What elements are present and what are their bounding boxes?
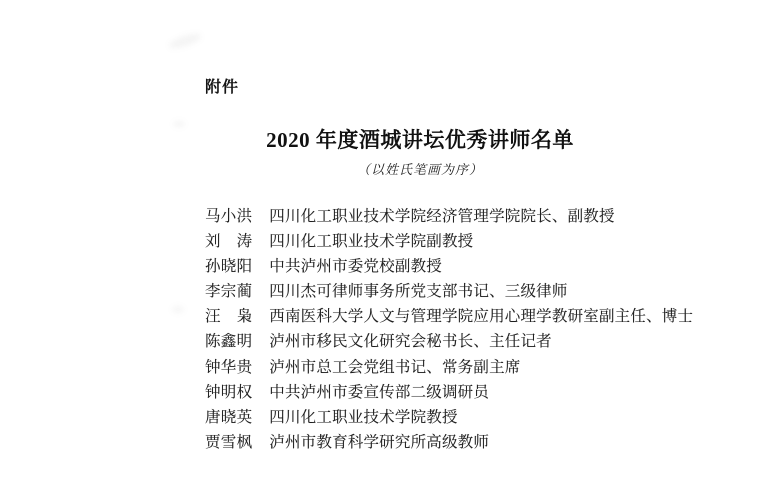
lecturer-name: 刘 涛 xyxy=(205,229,252,254)
lecturer-title: 中共泸州市委宣传部二级调研员 xyxy=(269,384,489,401)
lecturer-name: 汪 枭 xyxy=(205,304,252,329)
lecturer-name: 贾雪枫 xyxy=(205,430,252,455)
lecturer-name: 钟明权 xyxy=(205,380,252,405)
lecturer-row: 贾雪枫 泸州市教育科学研究所高级教师 xyxy=(205,430,693,455)
lecturer-row: 唐晓英 四川化工职业技术学院教授 xyxy=(205,405,693,430)
lecturer-name: 马小洪 xyxy=(205,204,252,229)
lecturer-title: 西南医科大学人文与管理学院应用心理学教研室副主任、博士 xyxy=(269,308,693,325)
scan-smudge xyxy=(173,121,185,127)
lecturer-title: 四川化工职业技术学院副教授 xyxy=(269,233,473,250)
lecturer-name: 孙晓阳 xyxy=(205,254,252,279)
lecturer-title: 四川化工职业技术学院教授 xyxy=(269,409,457,426)
lecturer-row: 汪 枭 西南医科大学人文与管理学院应用心理学教研室副主任、博士 xyxy=(205,304,693,329)
attachment-label: 附件 xyxy=(205,74,239,97)
lecturer-list: 马小洪 四川化工职业技术学院经济管理学院院长、副教授 刘 涛 四川化工职业技术学… xyxy=(205,204,693,455)
lecturer-row: 钟华贵 泸州市总工会党组书记、常务副主席 xyxy=(205,355,693,380)
lecturer-title: 四川化工职业技术学院经济管理学院院长、副教授 xyxy=(269,208,614,225)
lecturer-name: 唐晓英 xyxy=(205,405,252,430)
lecturer-name: 陈鑫明 xyxy=(205,329,252,354)
lecturer-row: 李宗蔺 四川杰可律师事务所党支部书记、三级律师 xyxy=(205,279,693,304)
lecturer-name: 钟华贵 xyxy=(205,355,252,380)
lecturer-title: 泸州市移民文化研究会秘书长、主任记者 xyxy=(269,333,552,350)
document-subtitle: （以姓氏笔画为序） xyxy=(205,159,635,178)
lecturer-title: 中共泸州市委党校副教授 xyxy=(269,258,442,275)
document-page: 附件 2020 年度酒城讲坛优秀讲师名单 （以姓氏笔画为序） 马小洪 四川化工职… xyxy=(0,0,774,489)
lecturer-row: 刘 涛 四川化工职业技术学院副教授 xyxy=(205,229,693,254)
lecturer-row: 马小洪 四川化工职业技术学院经济管理学院院长、副教授 xyxy=(205,204,693,229)
document-title: 2020 年度酒城讲坛优秀讲师名单 xyxy=(205,124,635,154)
lecturer-row: 钟明权 中共泸州市委宣传部二级调研员 xyxy=(205,380,693,405)
lecturer-title: 泸州市教育科学研究所高级教师 xyxy=(269,434,489,451)
lecturer-row: 陈鑫明 泸州市移民文化研究会秘书长、主任记者 xyxy=(205,329,693,354)
scan-smudge xyxy=(172,306,184,313)
lecturer-title: 泸州市总工会党组书记、常务副主席 xyxy=(269,359,520,376)
lecturer-title: 四川杰可律师事务所党支部书记、三级律师 xyxy=(269,283,567,300)
lecturer-row: 孙晓阳 中共泸州市委党校副教授 xyxy=(205,254,693,279)
scan-smudge xyxy=(167,31,202,51)
lecturer-name: 李宗蔺 xyxy=(205,279,252,304)
